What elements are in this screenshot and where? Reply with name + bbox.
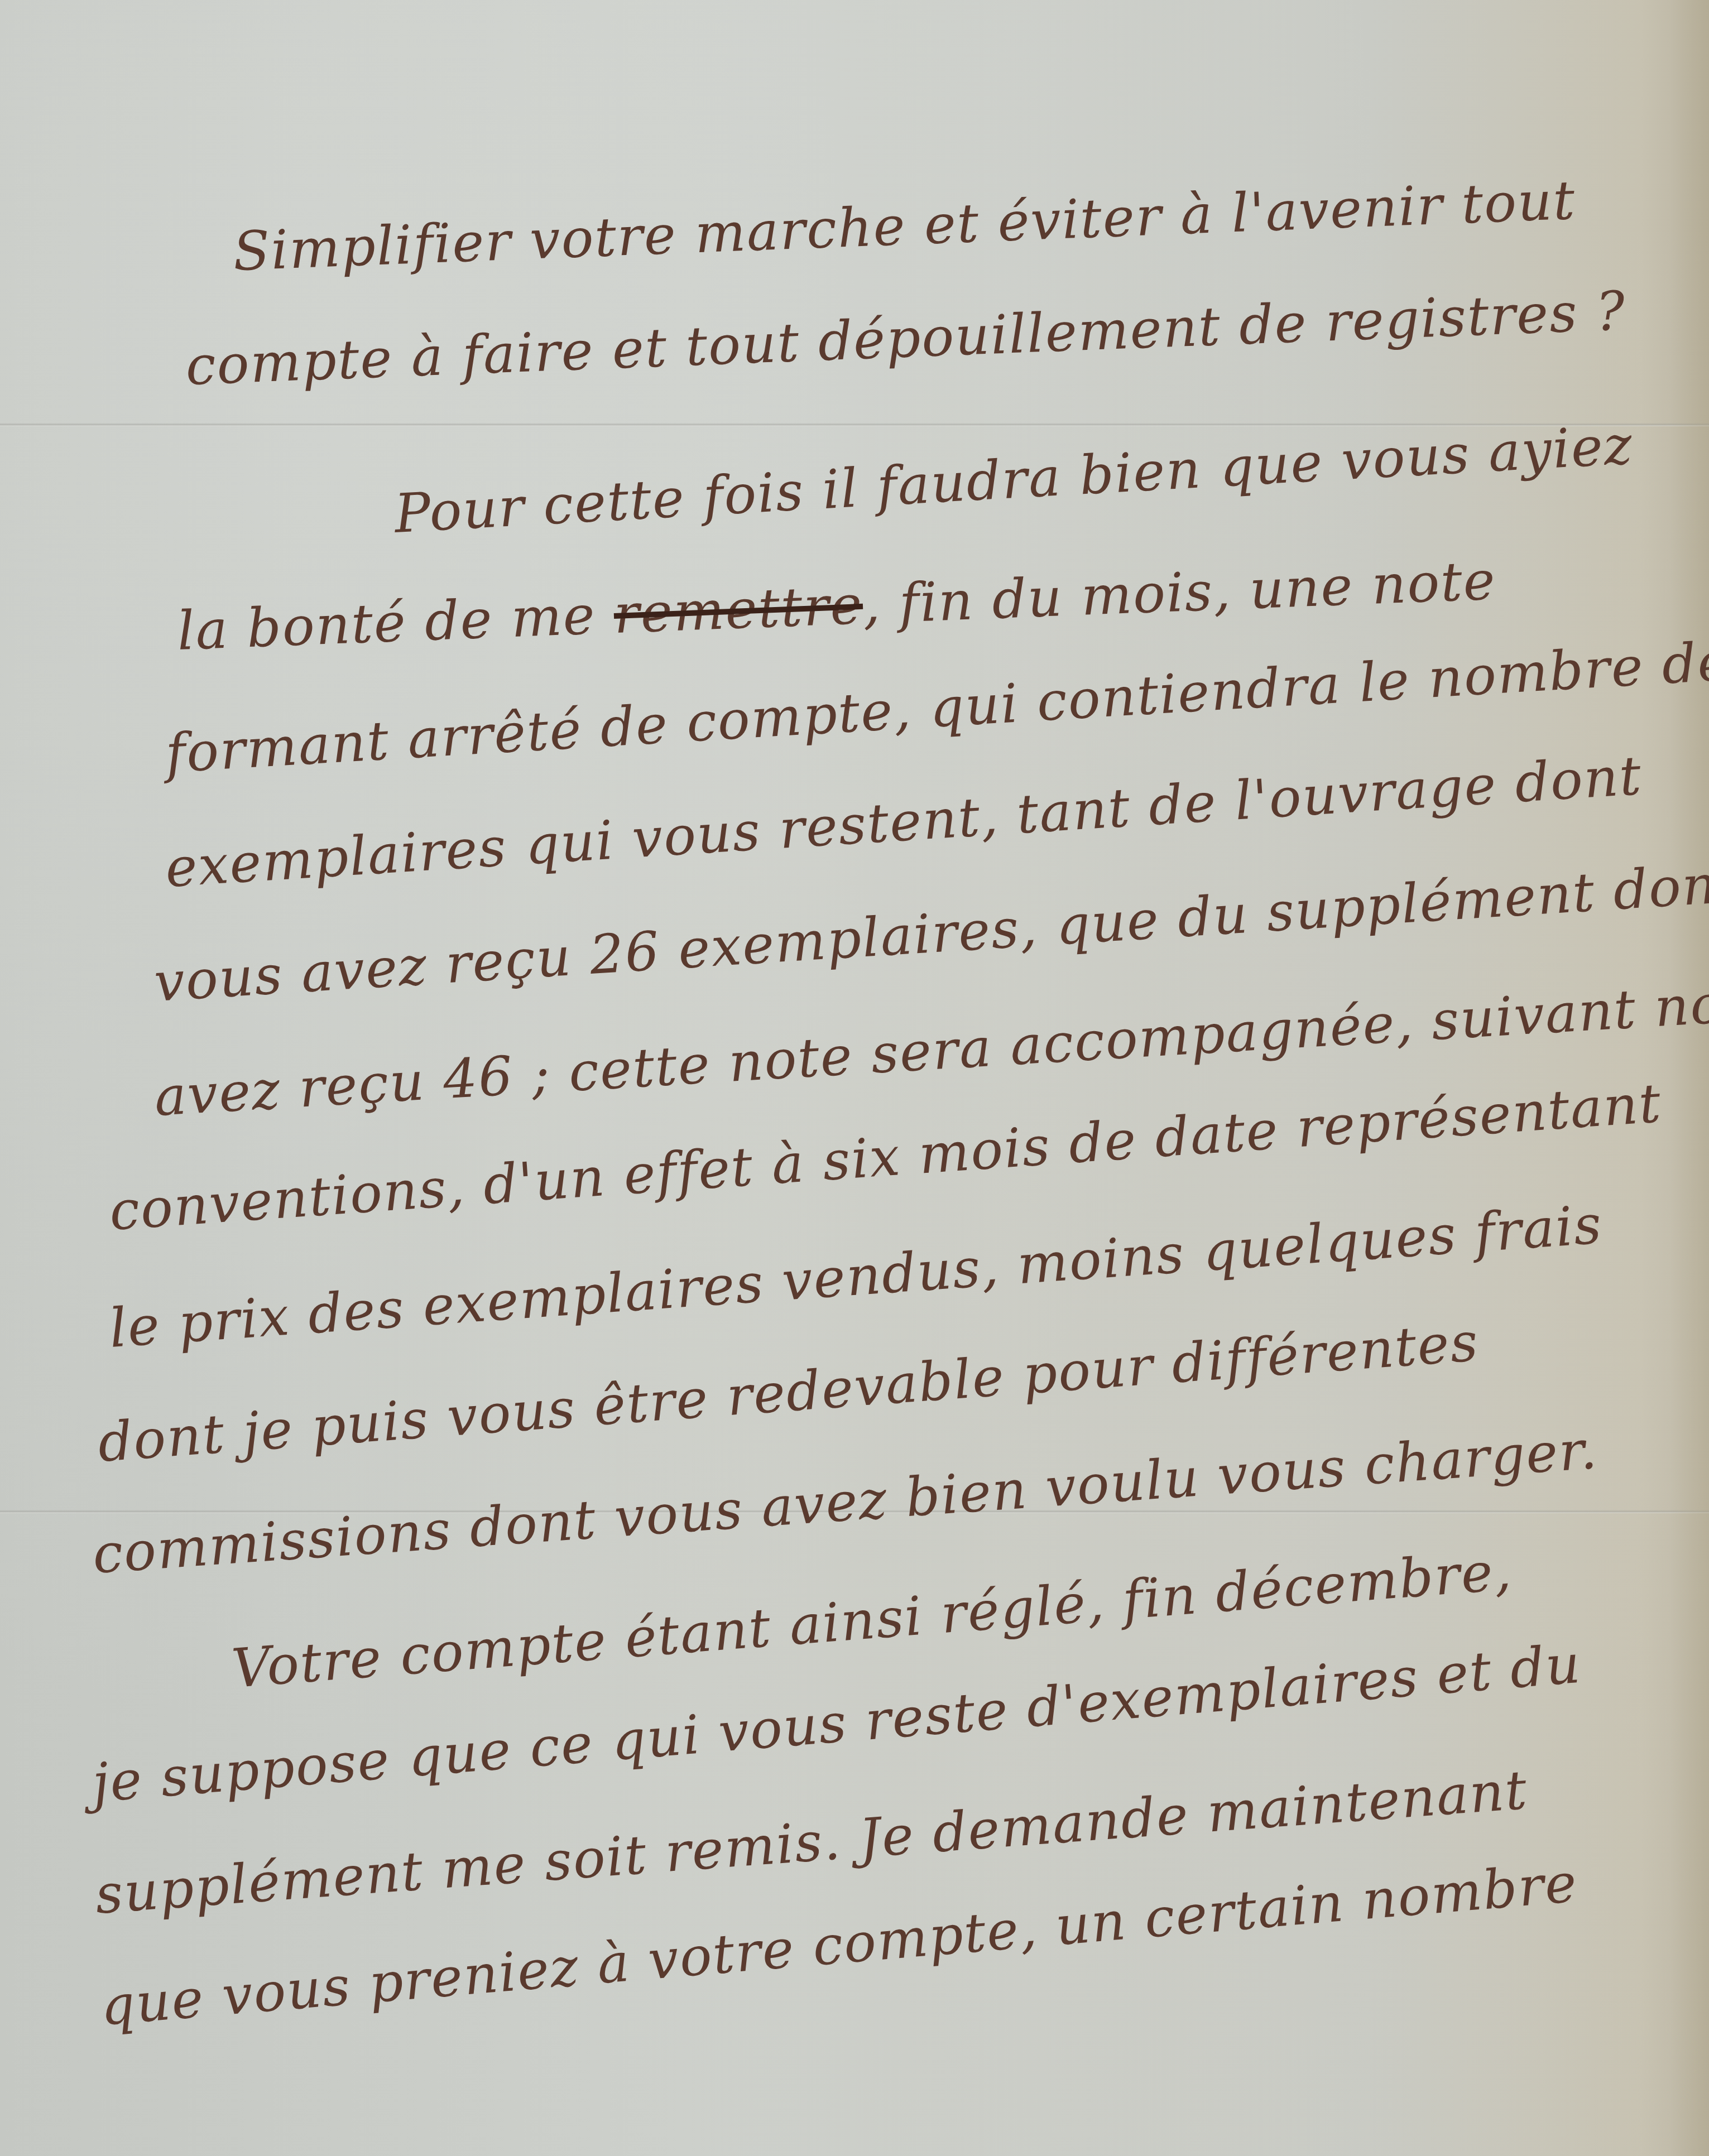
handwritten-letter: Simplifier votre marche et éviter à l'av… <box>0 0 1709 2156</box>
letter-line-3: Pour cette fois il faudra bien que vous … <box>393 413 1635 545</box>
letter-line-1: Simplifier votre marche et éviter à l'av… <box>232 169 1577 283</box>
letter-line-4-part-2: , fin du mois, une note <box>862 549 1497 636</box>
letter-line-4: la bonté de me remettre, fin du mois, un… <box>176 549 1497 662</box>
struck-word: remettre <box>613 574 864 646</box>
letter-line-4-part-1: la bonté de me <box>176 583 615 662</box>
letter-line-2: compte à faire et tout dépouillement de … <box>185 280 1627 397</box>
